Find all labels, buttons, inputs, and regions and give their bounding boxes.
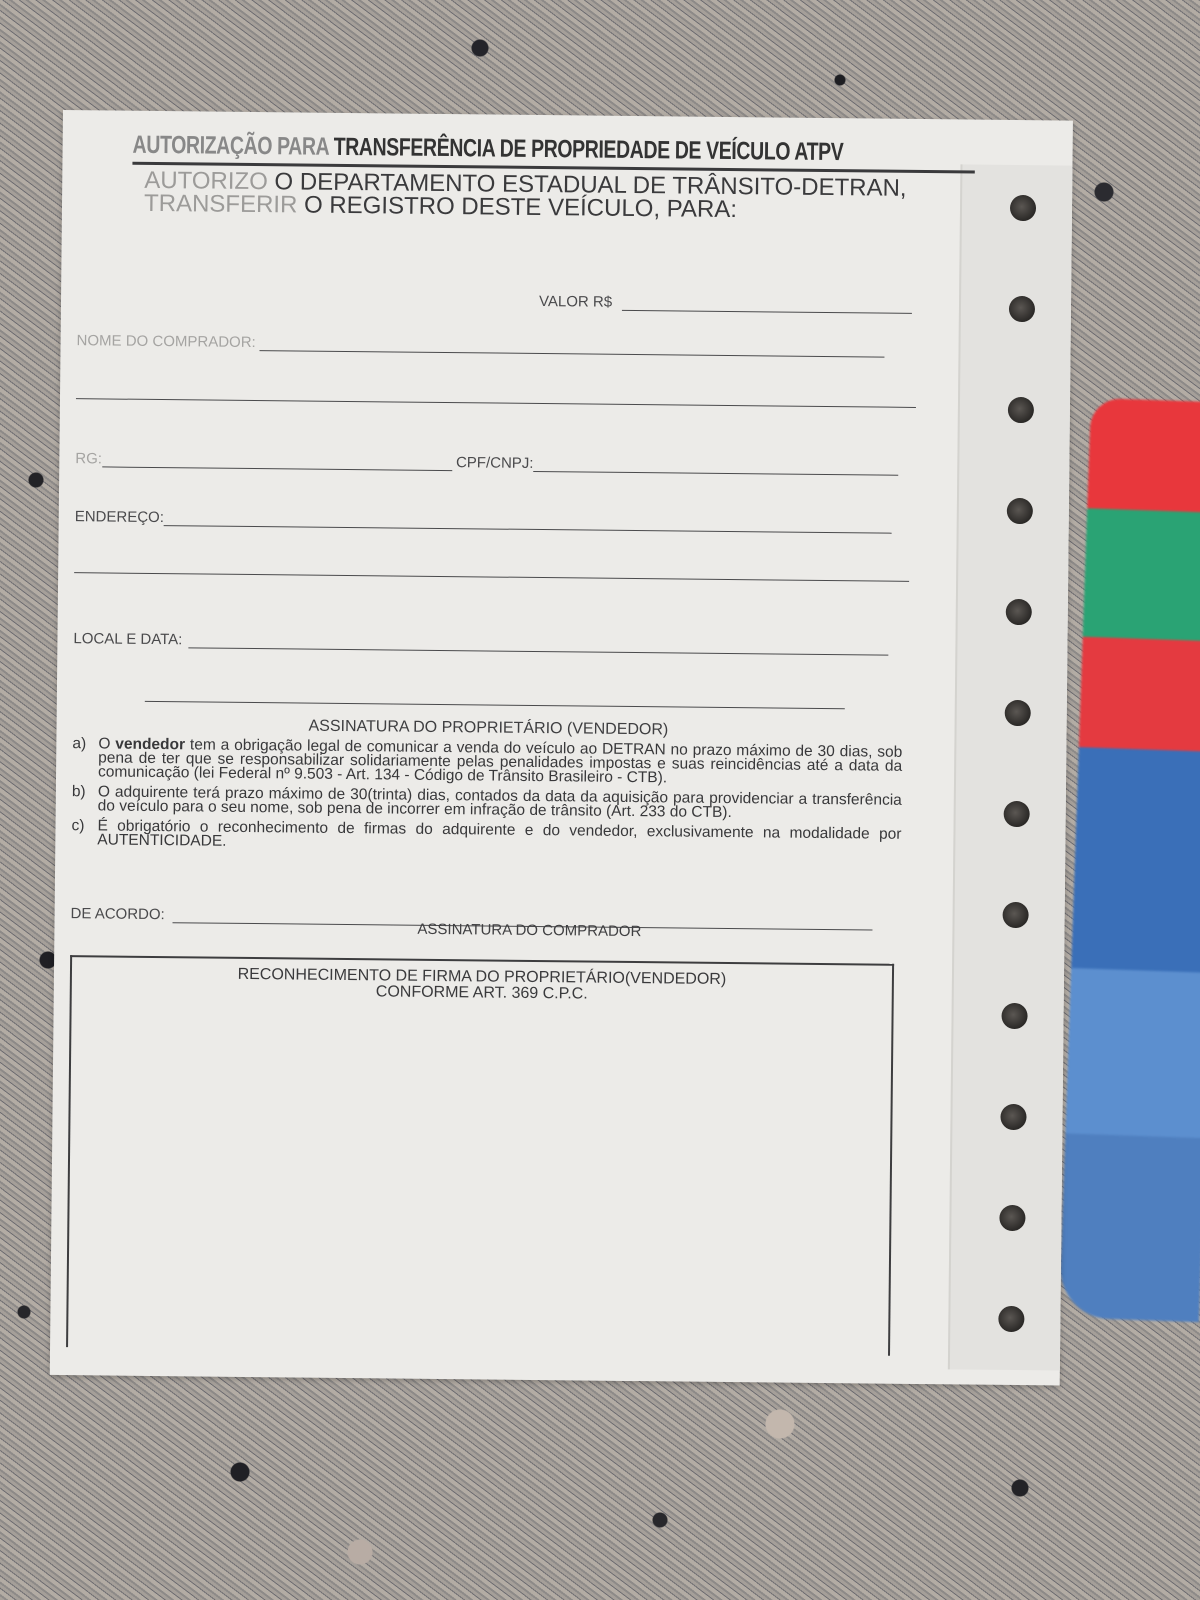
note-text: É obrigatório o reconhecimento de firmas… bbox=[97, 819, 901, 855]
endereco-label: ENDEREÇO: bbox=[75, 508, 164, 526]
form-body: AUTORIZAÇÃO PARA TRANSFERÊNCIA DE PROPRI… bbox=[74, 130, 935, 223]
comprador-field[interactable]: NOME DO COMPRADOR: bbox=[76, 332, 884, 357]
comprador-label: DO COMPRADOR: bbox=[126, 333, 256, 351]
form-subtitle: AUTORIZO O DEPARTAMENTO ESTADUAL DE TRÂN… bbox=[144, 169, 934, 223]
cpf-label: CPF/CNPJ: bbox=[456, 454, 534, 472]
subtitle-faded-2: TRANSFERIR bbox=[144, 190, 298, 219]
firma-recognition-box[interactable]: RECONHECIMENTO DE FIRMA DO PROPRIETÁRIO(… bbox=[66, 955, 894, 1356]
feed-hole bbox=[999, 1205, 1025, 1231]
vendedor-signature-input[interactable] bbox=[145, 701, 845, 709]
local-data-line[interactable] bbox=[188, 647, 888, 655]
legal-notes: a)O vendedor tem a obrigação legal de co… bbox=[71, 737, 902, 862]
feed-hole bbox=[1009, 296, 1035, 322]
vendedor-signature-line[interactable] bbox=[145, 701, 845, 709]
note-key: b) bbox=[72, 785, 98, 813]
legal-note: c)É obrigatório o reconhecimento de firm… bbox=[71, 819, 901, 856]
rg-field[interactable]: RG: CPF/CNPJ: bbox=[75, 450, 898, 476]
feed-hole bbox=[1006, 599, 1032, 625]
form-title-faded: AUTORIZAÇÃO PARA bbox=[132, 131, 328, 161]
rg-line[interactable] bbox=[102, 466, 452, 471]
comprador-label-faded: NOME bbox=[76, 332, 121, 349]
local-data-field[interactable]: LOCAL E DATA: bbox=[73, 630, 888, 656]
feed-hole bbox=[1000, 1104, 1026, 1130]
note-text: O adquirente terá prazo máximo de 30(tri… bbox=[98, 785, 902, 821]
feed-hole bbox=[1002, 902, 1028, 928]
feed-hole bbox=[1008, 397, 1034, 423]
endereco-line[interactable] bbox=[164, 525, 892, 534]
comprador-line[interactable] bbox=[260, 350, 885, 358]
feed-hole bbox=[998, 1306, 1024, 1332]
form-title-text: TRANSFERÊNCIA DE PROPRIEDADE DE VEÍCULO … bbox=[334, 133, 844, 166]
feed-hole bbox=[1007, 498, 1033, 524]
endereco-field[interactable]: ENDEREÇO: bbox=[75, 508, 892, 534]
local-data-label: LOCAL E DATA: bbox=[73, 630, 182, 648]
rg-label: RG: bbox=[75, 450, 102, 467]
legal-note: b)O adquirente terá prazo máximo de 30(t… bbox=[72, 785, 902, 822]
feed-hole bbox=[1001, 1003, 1027, 1029]
feed-hole bbox=[1004, 801, 1030, 827]
tractor-feed-strip bbox=[948, 164, 1073, 1370]
valor-label: VALOR R$ bbox=[539, 293, 612, 311]
fabric-background bbox=[1059, 398, 1200, 1322]
endereco-line-2[interactable] bbox=[74, 572, 909, 582]
subtitle-line-2: O REGISTRO DESTE VEÍCULO, PARA: bbox=[304, 192, 737, 224]
note-key: c) bbox=[71, 819, 97, 847]
de-acordo-label: DE ACORDO: bbox=[70, 905, 164, 923]
vendedor-signature-caption: ASSINATURA DO PROPRIETÁRIO (VENDEDOR) bbox=[308, 718, 668, 740]
valor-field[interactable]: VALOR R$ bbox=[539, 293, 912, 314]
comprador-line-continuation[interactable] bbox=[76, 398, 916, 408]
valor-line[interactable] bbox=[622, 310, 912, 314]
cpf-line[interactable] bbox=[533, 471, 898, 476]
atpv-form-paper: AUTORIZAÇÃO PARA TRANSFERÊNCIA DE PROPRI… bbox=[50, 110, 1073, 1386]
comprador-line-2[interactable] bbox=[76, 398, 916, 408]
feed-hole bbox=[1010, 195, 1036, 221]
feed-hole bbox=[1005, 700, 1031, 726]
note-key: a) bbox=[72, 737, 98, 779]
comprador-signature-caption: ASSINATURA DO COMPRADOR bbox=[417, 921, 641, 940]
legal-note: a)O vendedor tem a obrigação legal de co… bbox=[72, 737, 902, 788]
endereco-line-continuation[interactable] bbox=[74, 572, 909, 582]
note-text: O vendedor tem a obrigação legal de comu… bbox=[98, 737, 902, 787]
